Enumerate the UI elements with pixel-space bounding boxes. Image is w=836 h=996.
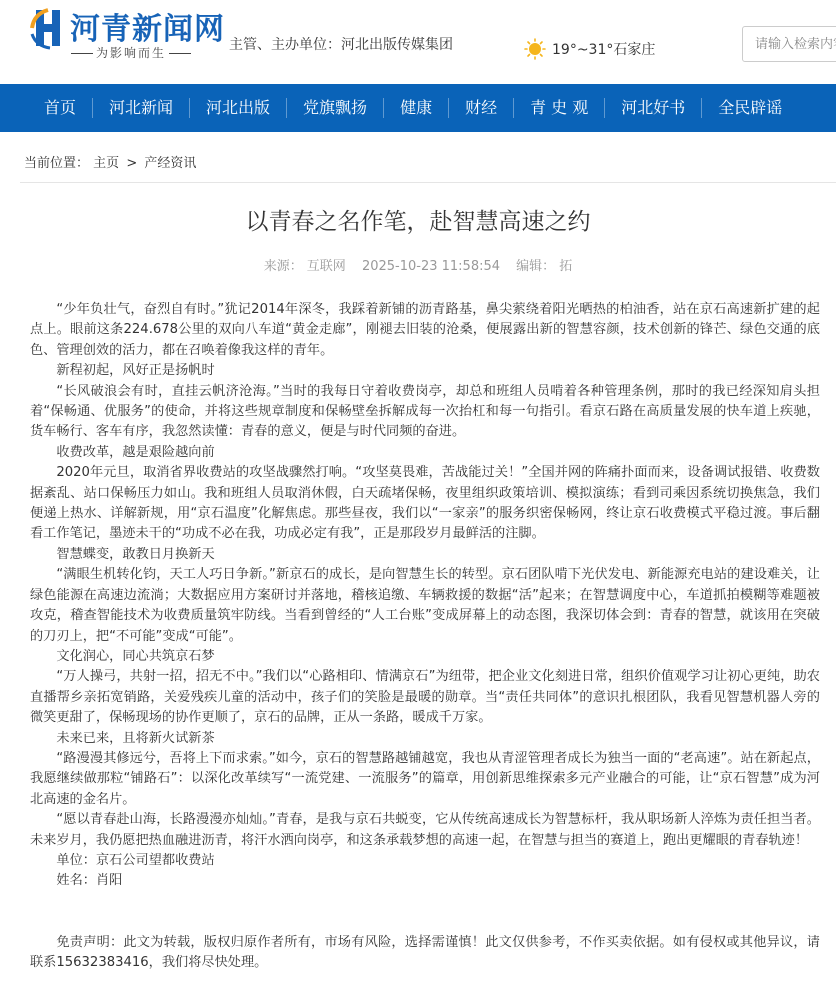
nav-item-health[interactable]: 健康 bbox=[384, 84, 448, 132]
weather-text: 19°~31°石家庄 bbox=[552, 39, 655, 59]
search-input[interactable] bbox=[743, 27, 836, 61]
breadcrumb-link-category[interactable]: 产经资讯 bbox=[144, 156, 196, 171]
nav-item-home[interactable]: 首页 bbox=[0, 84, 92, 132]
article-paragraph: “愿以青春赴山海，长路漫漫亦灿灿。”青春，是我与京石共蜕变，它从传统高速成长为智… bbox=[30, 810, 820, 851]
article-subheading: 收费改革，越是艰险越向前 bbox=[30, 443, 820, 463]
article-subheading: 智慧蝶变，敢教日月换新天 bbox=[30, 545, 820, 565]
weather-widget: 19°~31°石家庄 bbox=[524, 38, 655, 60]
breadcrumb-link-home[interactable]: 主页 bbox=[93, 156, 119, 171]
spacer bbox=[30, 892, 820, 933]
article-paragraph: “少年负壮气，奋烈自有时。”犹记2014年深冬，我踩着新铺的沥青路基，鼻尖萦绕着… bbox=[30, 300, 820, 361]
article-paragraph: “路漫漫其修远兮，吾将上下而求索。”如今，京石的智慧路越铺越宽，我也从青涩管理者… bbox=[30, 749, 820, 810]
article-subheading: 新程初起，风好正是扬帆时 bbox=[30, 361, 820, 381]
disclaimer: 免责声明：此文为转载，版权归原作者所有，市场有风险，选择需谨慎！此文仅供参考，不… bbox=[30, 933, 820, 974]
article-editor: 编辑：拓 bbox=[516, 259, 572, 274]
nav-item-party-flag[interactable]: 党旗飘扬 bbox=[287, 84, 383, 132]
nav-item-finance[interactable]: 财经 bbox=[449, 84, 513, 132]
nav-item-hebei-news[interactable]: 河北新闻 bbox=[93, 84, 189, 132]
nav-item-rumor-refute[interactable]: 全民辟谣 bbox=[702, 84, 798, 132]
nav-item-hebei-books[interactable]: 河北好书 bbox=[605, 84, 701, 132]
author-unit: 单位：京石公司望都收费站 bbox=[30, 851, 820, 871]
site-header: 河青新闻网 为影响而生 主管、主办单位：河北出版传媒集团 19°~31°石家庄 bbox=[0, 0, 836, 84]
nav-item-history[interactable]: 青 史 观 bbox=[514, 84, 604, 132]
sponsor-text: 主管、主办单位：河北出版传媒集团 bbox=[229, 34, 453, 54]
article-paragraph: “万人操弓，共射一招，招无不中。”我们以“心路相印、情满京石”为纽带，把企业文化… bbox=[30, 667, 820, 728]
logo-title: 河青新闻网 bbox=[70, 4, 225, 48]
site-logo[interactable]: 河青新闻网 为影响而生 bbox=[30, 4, 220, 64]
divider bbox=[20, 182, 836, 183]
breadcrumb-label: 当前位置： bbox=[24, 156, 89, 171]
article-body: “少年负壮气，奋烈自有时。”犹记2014年深冬，我踩着新铺的沥青路基，鼻尖萦绕着… bbox=[30, 300, 820, 974]
article-paragraph: “长风破浪会有时，直挂云帆济沧海。”当时的我每日守着收费岗亭，却总和班组人员啃着… bbox=[30, 382, 820, 443]
article-subheading: 文化润心，同心共筑京石梦 bbox=[30, 647, 820, 667]
author-name: 姓名：肖阳 bbox=[30, 871, 820, 891]
article-paragraph: “满眼生机转化钧，天工人巧日争新。”新京石的成长，是向智慧生长的转型。京石团队啃… bbox=[30, 565, 820, 647]
article-paragraph: 2020年元旦，取消省界收费站的攻坚战骤然打响。“攻坚莫畏难，苦战能过关！”全国… bbox=[30, 463, 820, 545]
main-nav: 首页 河北新闻 河北出版 党旗飘扬 健康 财经 青 史 观 河北好书 全民辟谣 bbox=[0, 84, 836, 132]
article-source: 来源：互联网 bbox=[264, 259, 346, 274]
nav-item-hebei-publishing[interactable]: 河北出版 bbox=[190, 84, 286, 132]
breadcrumb: 当前位置： 主页 > 产经资讯 bbox=[24, 152, 196, 171]
sun-icon bbox=[524, 38, 546, 60]
article-subheading: 未来已来，且将新火试新茶 bbox=[30, 729, 820, 749]
logo-slogan: 为影响而生 bbox=[68, 44, 194, 61]
search-box[interactable] bbox=[742, 26, 836, 62]
breadcrumb-separator: > bbox=[126, 156, 137, 171]
article-title: 以青春之名作笔，赴智慧高速之约 bbox=[0, 203, 836, 236]
article-datetime: 2025-10-23 11:58:54 bbox=[362, 259, 500, 274]
article-meta: 来源：互联网 2025-10-23 11:58:54 编辑：拓 bbox=[0, 255, 836, 274]
logo-mark-icon bbox=[30, 6, 66, 50]
